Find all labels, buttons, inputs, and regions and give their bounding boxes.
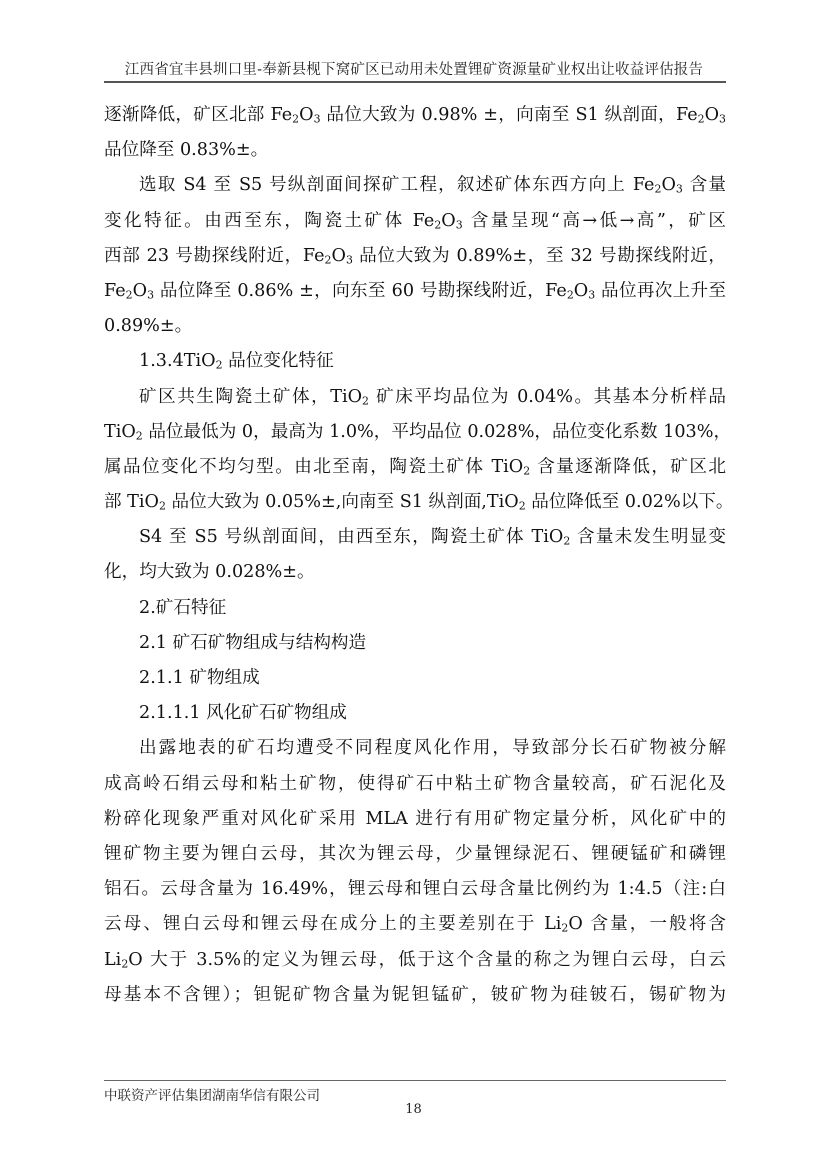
text-run: O [332,246,346,266]
text-line: 变化特征。由西至东，陶瓷土矿体 Fe2O3 含量呈现“高→低→高”，矿区 [104,204,726,239]
text-run: 品位变化特征 [223,351,334,371]
text-run: 锂矿物主要为锂白云母，其次为锂云母，少量锂绿泥石、锂硬锰矿和磷锂 [104,844,726,864]
text-line: Fe2O3 品位降至 0.86% ±，向东至 60 号勘探线附近，Fe2O3 品… [104,274,726,309]
text-run: Li [104,950,121,970]
text-line: 铝石。云母含量为 16.49%，锂云母和锂白云母含量比例约为 1:4.5（注:白 [104,872,726,907]
text-run: 粉碎化现象严重对风化矿采用 MLA 进行有用矿物定量分析，风化矿中的 [104,809,726,829]
running-header-title: 江西省宜丰县圳口里-奉新县枧下窝矿区已动用未处置锂矿资源量矿业权出让收益评估报告 [104,58,724,79]
text-run: O [574,281,588,301]
text-run: S4 至 S5 号纵剖面间，由西至东，陶瓷土矿体 TiO [139,527,563,547]
text-line: 品位降至 0.83%±。 [104,133,726,168]
text-run: 含量 [683,175,726,195]
subscript: 2 [136,429,143,442]
text-line: S4 至 S5 号纵剖面间，由西至东，陶瓷土矿体 TiO2 含量未发生明显变 [104,520,726,555]
subscript: 2 [362,394,369,407]
text-line: TiO2 品位最低为 0，最高为 1.0%，平均品位 0.028%，品位变化系数… [104,415,726,450]
text-line: 1.3.4TiO2 品位变化特征 [104,344,726,379]
text-run: 2.矿石特征 [139,598,226,618]
text-run: TiO [104,422,136,442]
text-run: 出露地表的矿石均遭受不同程度风化作用，导致部分长石矿物被分解 [139,738,726,758]
text-run: 变化特征。由西至东，陶瓷土矿体 Fe [104,211,434,231]
text-run: 西部 23 号勘探线附近，Fe [104,246,325,266]
text-line: 属品位变化不均匀型。由北至南，陶瓷土矿体 TiO2 含量逐渐降低，矿区北 [104,450,726,485]
text-run: O 大于 3.5%的定义为锂云母，低于这个含量的称之为锂白云母，白云 [128,950,726,970]
subscript: 3 [456,218,463,231]
text-line: 母基本不含锂）；钽铌矿物含量为铌钽锰矿，铍矿物为硅铍石，锡矿物为 [104,978,726,1013]
text-run: 0.89%±。 [104,316,192,336]
text-run: 云母、锂白云母和锂云母在成分上的主要差别在于 Li [104,914,561,934]
text-line: Li2O 大于 3.5%的定义为锂云母，低于这个含量的称之为锂白云母，白云 [104,943,726,978]
subscript: 2 [325,253,332,266]
text-run: 矿区共生陶瓷土矿体，TiO [139,387,362,407]
page-number: 18 [0,1102,827,1117]
subscript: 3 [676,183,683,196]
text-line: 出露地表的矿石均遭受不同程度风化作用，导致部分长石矿物被分解 [104,731,726,766]
subscript: 3 [346,253,353,266]
text-run: Fe [104,281,126,301]
text-run: 铝石。云母含量为 16.49%，锂云母和锂白云母含量比例约为 1:4.5（注:白 [104,879,726,899]
text-run: 1.3.4TiO [139,351,216,371]
subscript: 2 [698,113,705,126]
subscript: 2 [126,289,133,302]
subscript: 2 [216,359,223,372]
text-run: 2.1.1.1 风化矿石矿物组成 [139,703,347,723]
subscript: 2 [159,500,166,513]
text-run: 逐渐降低，矿区北部 Fe [104,105,292,125]
text-line: 成高岭石绢云母和粘土矿物，使得矿石中粘土矿物含量较高，矿石泥化及 [104,767,726,802]
text-run: O 含量，一般将含 [568,914,726,934]
text-line: 化，均大致为 0.028%±。 [104,555,726,590]
footer-company-name: 中联资产评估集团湖南华信有限公司 [104,1084,320,1104]
text-run: O [705,105,719,125]
footer-divider [104,1080,726,1081]
text-run: 品位大致为 0.98% ±，向南至 S1 纵剖面，Fe [321,105,698,125]
text-line: 2.1.1 矿物组成 [104,661,726,696]
text-run: 含量逐渐降低，矿区北 [530,457,726,477]
text-run: O [441,211,455,231]
text-run: 母基本不含锂）；钽铌矿物含量为铌钽锰矿，铍矿物为硅铍石，锡矿物为 [104,985,726,1005]
subscript: 3 [147,289,154,302]
text-run: 品位降低至 0.02%以下。 [526,492,734,512]
text-run: 选取 S4 至 S5 号纵剖面间探矿工程，叙述矿体东西方向上 Fe [139,175,654,195]
text-run: 品位大致为 0.89%±，至 32 号勘探线附近， [353,246,726,266]
text-run: 2.1.1 矿物组成 [139,668,260,688]
text-line: 西部 23 号勘探线附近，Fe2O3 品位大致为 0.89%±，至 32 号勘探… [104,239,726,274]
text-line: 锂矿物主要为锂白云母，其次为锂云母，少量锂绿泥石、锂硬锰矿和磷锂 [104,837,726,872]
text-line: 粉碎化现象严重对风化矿采用 MLA 进行有用矿物定量分析，风化矿中的 [104,802,726,837]
text-run: O [661,175,675,195]
subscript: 3 [719,113,726,126]
text-run: 2.1 矿石矿物组成与结构构造 [139,633,366,653]
text-line: 部 TiO2 品位大致为 0.05%±,向南至 S1 纵剖面,TiO2 品位降低… [104,485,726,520]
text-run: 品位大致为 0.05%±,向南至 S1 纵剖面,TiO [166,492,519,512]
text-line: 云母、锂白云母和锂云母在成分上的主要差别在于 Li2O 含量，一般将含 [104,907,726,942]
text-run: 品位降至 0.86% ±，向东至 60 号勘探线附近，Fe [154,281,567,301]
text-run: 矿床平均品位为 0.04%。其基本分析样品 [369,387,726,407]
text-run: 成高岭石绢云母和粘土矿物，使得矿石中粘土矿物含量较高，矿石泥化及 [104,774,726,794]
text-run: O [299,105,313,125]
text-line: 矿区共生陶瓷土矿体，TiO2 矿床平均品位为 0.04%。其基本分析样品 [104,380,726,415]
text-line: 2.1 矿石矿物组成与结构构造 [104,626,726,661]
subscript: 2 [519,500,526,513]
text-line: 选取 S4 至 S5 号纵剖面间探矿工程，叙述矿体东西方向上 Fe2O3 含量 [104,168,726,203]
subscript: 2 [567,289,574,302]
text-run: 化，均大致为 0.028%±。 [104,562,315,582]
body-text: 逐渐降低，矿区北部 Fe2O3 品位大致为 0.98% ±，向南至 S1 纵剖面… [104,98,726,1013]
subscript: 3 [314,113,321,126]
text-run: 品位最低为 0，最高为 1.0%，平均品位 0.028%，品位变化系数 103%… [143,422,731,442]
text-run: 品位降至 0.83%±。 [104,140,268,160]
text-run: 含量呈现“高→低→高”，矿区 [463,211,726,231]
text-run: O [133,281,147,301]
header-divider [104,81,726,83]
text-line: 逐渐降低，矿区北部 Fe2O3 品位大致为 0.98% ±，向南至 S1 纵剖面… [104,98,726,133]
text-run: 部 TiO [104,492,159,512]
text-line: 0.89%±。 [104,309,726,344]
text-run: 品位再次上升至 [595,281,726,301]
text-line: 2.1.1.1 风化矿石矿物组成 [104,696,726,731]
text-run: 含量未发生明显变 [570,527,726,547]
text-line: 2.矿石特征 [104,591,726,626]
text-run: 属品位变化不均匀型。由北至南，陶瓷土矿体 TiO [104,457,523,477]
